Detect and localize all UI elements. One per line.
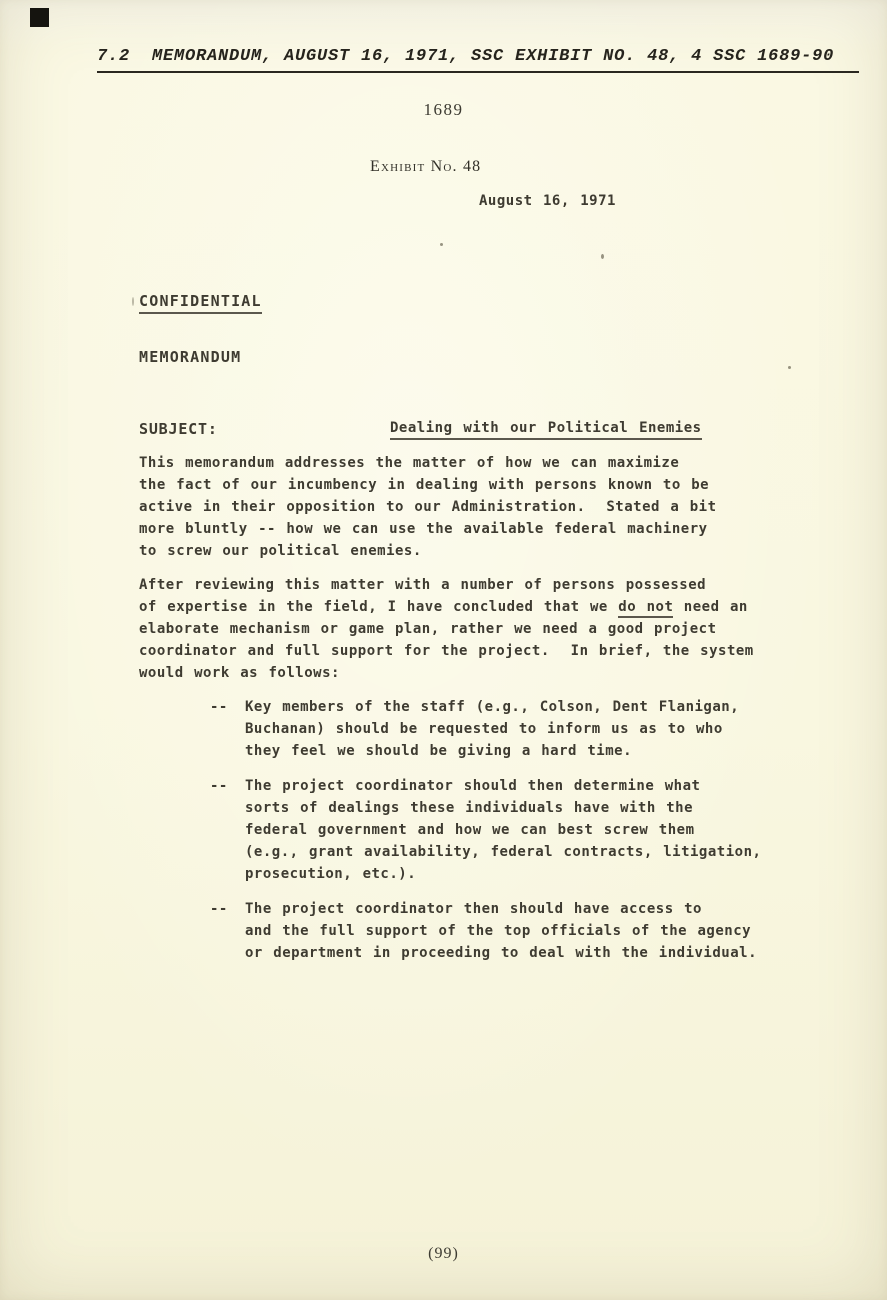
memo-scan-page: 7.2 MEMORANDUM, AUGUST 16, 1971, SSC EXH… — [0, 0, 887, 1300]
memo-bullet-item: --The project coordinator should then de… — [139, 775, 779, 885]
memo-line: more bluntly -- how we can use the avail… — [139, 518, 779, 540]
memo-line: Key members of the staff (e.g., Colson, … — [245, 696, 779, 718]
memo-line: The project coordinator then should have… — [245, 898, 779, 920]
text-segment: and the full support of the top official… — [245, 923, 751, 939]
memo-line: and the full support of the top official… — [245, 920, 779, 942]
catalog-header-line: 7.2 MEMORANDUM, AUGUST 16, 1971, SSC EXH… — [97, 47, 859, 73]
text-segment: would work as follows: — [139, 665, 340, 681]
memo-line: elaborate mechanism or game plan, rather… — [139, 618, 779, 640]
memo-bullet-item: --The project coordinator then should ha… — [139, 898, 779, 964]
text-segment: The project coordinator then should have… — [245, 901, 702, 917]
text-segment: sorts of dealings these individuals have… — [245, 800, 693, 816]
memo-line: sorts of dealings these individuals have… — [245, 797, 779, 819]
scan-speck — [601, 254, 604, 259]
memo-line: The project coordinator should then dete… — [245, 775, 779, 797]
memo-line: they feel we should be giving a hard tim… — [245, 740, 779, 762]
text-segment: of expertise in the field, I have conclu… — [139, 599, 618, 615]
text-segment: Buchanan) should be requested to inform … — [245, 721, 723, 737]
bullet-marker: -- — [210, 696, 228, 718]
memo-line: or department in proceeding to deal with… — [245, 942, 779, 964]
underlined-text: do not — [618, 599, 673, 618]
scan-speck — [788, 366, 791, 369]
text-segment: they feel we should be giving a hard tim… — [245, 743, 632, 759]
text-segment: Key members of the staff (e.g., Colson, … — [245, 699, 739, 715]
memo-line: prosecution, etc.). — [245, 863, 779, 885]
text-segment: or department in proceeding to deal with… — [245, 945, 757, 961]
text-segment: After reviewing this matter with a numbe… — [139, 577, 706, 593]
text-segment: to screw our political enemies. — [139, 543, 422, 559]
memo-line: active in their opposition to our Admini… — [139, 496, 779, 518]
text-segment: federal government and how we can best s… — [245, 822, 695, 838]
bullet-marker: -- — [210, 898, 228, 920]
memo-body: This memorandum addresses the matter of … — [139, 452, 779, 977]
page-number-bottom: (99) — [0, 1245, 887, 1263]
memo-bullet-item: --Key members of the staff (e.g., Colson… — [139, 696, 779, 762]
memo-paragraph: This memorandum addresses the matter of … — [139, 452, 779, 562]
memo-line: to screw our political enemies. — [139, 540, 779, 562]
date-line: August 16, 1971 — [479, 193, 616, 209]
memo-line: coordinator and full support for the pro… — [139, 640, 779, 662]
classification-stamp: CONFIDENTIAL — [139, 292, 262, 314]
text-segment: active in their opposition to our Admini… — [139, 499, 717, 515]
memo-paragraph: After reviewing this matter with a numbe… — [139, 574, 779, 684]
page-number-top: 1689 — [0, 100, 887, 120]
memo-line: federal government and how we can best s… — [245, 819, 779, 841]
text-segment: This memorandum addresses the matter of … — [139, 455, 679, 471]
memo-line: Buchanan) should be requested to inform … — [245, 718, 779, 740]
memo-line: of expertise in the field, I have conclu… — [139, 596, 779, 618]
text-segment: The project coordinator should then dete… — [245, 778, 700, 794]
text-segment: coordinator and full support for the pro… — [139, 643, 754, 659]
memo-line: This memorandum addresses the matter of … — [139, 452, 779, 474]
subject-title: Dealing with our Political Enemies — [390, 420, 702, 440]
text-segment: prosecution, etc.). — [245, 866, 416, 882]
memo-line: After reviewing this matter with a numbe… — [139, 574, 779, 596]
text-segment: more bluntly -- how we can use the avail… — [139, 521, 708, 537]
doc-type-label: MEMORANDUM — [139, 348, 241, 366]
scan-registration-mark — [30, 8, 49, 27]
text-segment: need an — [673, 599, 747, 615]
memo-line: (e.g., grant availability, federal contr… — [245, 841, 779, 863]
text-segment: the fact of our incumbency in dealing wi… — [139, 477, 709, 493]
text-segment: elaborate mechanism or game plan, rather… — [139, 621, 717, 637]
exhibit-label: Exhibit No. 48 — [370, 158, 481, 176]
memo-line: would work as follows: — [139, 662, 779, 684]
scan-speck — [132, 297, 134, 306]
bullet-marker: -- — [210, 775, 228, 797]
scan-speck — [440, 243, 443, 246]
text-segment: (e.g., grant availability, federal contr… — [245, 844, 761, 860]
memo-line: the fact of our incumbency in dealing wi… — [139, 474, 779, 496]
subject-label: SUBJECT: — [139, 420, 218, 438]
